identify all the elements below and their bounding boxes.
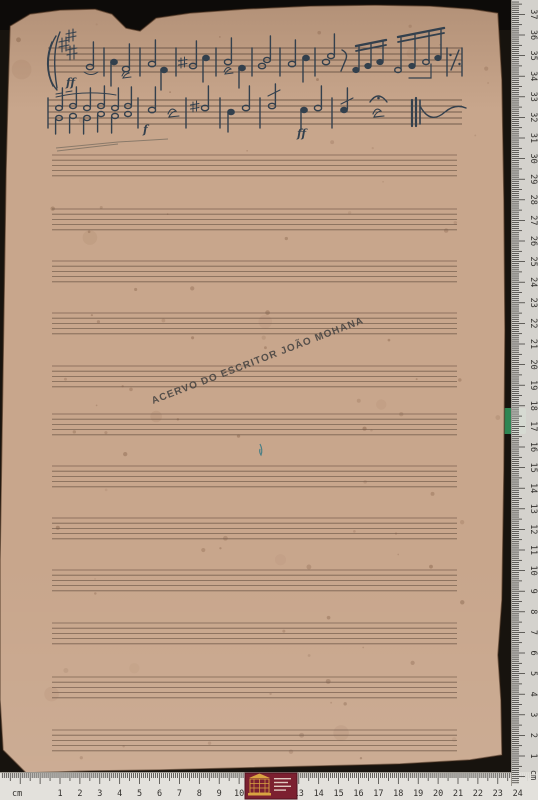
right-ruler-number: 15	[528, 462, 538, 472]
bottom-ruler-number: 18	[393, 789, 403, 799]
manuscript-scan: ff	[0, 0, 538, 800]
right-ruler-number: 2	[528, 733, 538, 738]
bottom-ruler-number: 6	[157, 789, 162, 799]
right-ruler-number: 6	[528, 650, 538, 655]
right-ruler-number: 7	[528, 630, 538, 635]
right-ruler-number: 17	[528, 421, 538, 431]
right-ruler-number: 29	[528, 174, 538, 184]
right-ruler-number: 36	[528, 30, 538, 40]
right-ruler-number: 33	[528, 92, 538, 102]
right-ruler: 1234567891011121314151617181920212223242…	[511, 0, 538, 786]
right-ruler-number: 8	[528, 609, 538, 614]
bottom-ruler-number: 19	[413, 789, 423, 799]
right-ruler-number: 12	[528, 524, 538, 534]
bottom-ruler-number: 7	[177, 789, 182, 799]
right-ruler-number: 30	[528, 153, 538, 163]
right-ruler-number: 3	[528, 712, 538, 717]
bottom-ruler-number: 4	[117, 789, 122, 799]
right-ruler-number: 25	[528, 256, 538, 266]
right-ruler-number: 11	[528, 545, 538, 555]
bottom-ruler-number: 9	[217, 789, 222, 799]
bottom-ruler-number: 1	[57, 789, 62, 799]
bottom-ruler-number: 2	[77, 789, 82, 799]
bottom-ruler-number: 5	[137, 789, 142, 799]
right-ruler-number: 24	[528, 277, 538, 287]
right-ruler-number: 21	[528, 339, 538, 349]
right-ruler-number: 26	[528, 236, 538, 246]
right-ruler-number: 9	[528, 589, 538, 594]
bottom-ruler-number: 15	[333, 789, 343, 799]
scan-canvas: ff	[0, 0, 538, 800]
right-ruler-number: 35	[528, 50, 538, 60]
right-ruler-number: 18	[528, 401, 538, 411]
bottom-ruler-number: 14	[314, 789, 324, 799]
right-ruler-number: 22	[528, 318, 538, 328]
right-ruler-number: 23	[528, 298, 538, 308]
bottom-ruler-number: 3	[97, 789, 102, 799]
right-ruler-number: 5	[528, 671, 538, 676]
paper-bottom-shading	[0, 560, 538, 775]
bottom-ruler-number: 24	[513, 789, 523, 799]
right-ruler-unit: cm	[528, 770, 538, 780]
right-ruler-number: 27	[528, 215, 538, 225]
right-ruler-number: 14	[528, 483, 538, 493]
bottom-ruler-number: 20	[433, 789, 443, 799]
right-ruler-number: 32	[528, 112, 538, 122]
right-ruler-number: 31	[528, 133, 538, 143]
right-ruler-number: 10	[528, 565, 538, 575]
right-ruler-number: 34	[528, 71, 538, 81]
bottom-ruler-number: 10	[234, 789, 244, 799]
right-ruler-number: 28	[528, 195, 538, 205]
right-ruler-number: 4	[528, 692, 538, 697]
right-ruler-number: 20	[528, 359, 538, 369]
bottom-ruler-number: 16	[353, 789, 363, 799]
bottom-ruler-number: 22	[473, 789, 483, 799]
bottom-ruler-number: 21	[453, 789, 463, 799]
bottom-ruler-unit: cm	[12, 789, 22, 799]
right-ruler-number: 1	[528, 753, 538, 758]
archive-emblem	[245, 773, 297, 799]
right-ruler-number: 13	[528, 504, 538, 514]
bottom-ruler-number: 23	[493, 789, 503, 799]
bottom-ruler-number: 17	[373, 789, 383, 799]
right-ruler-number: 37	[528, 9, 538, 19]
right-ruler-number: 16	[528, 442, 538, 452]
right-ruler-number: 19	[528, 380, 538, 390]
bottom-ruler-number: 8	[197, 789, 202, 799]
